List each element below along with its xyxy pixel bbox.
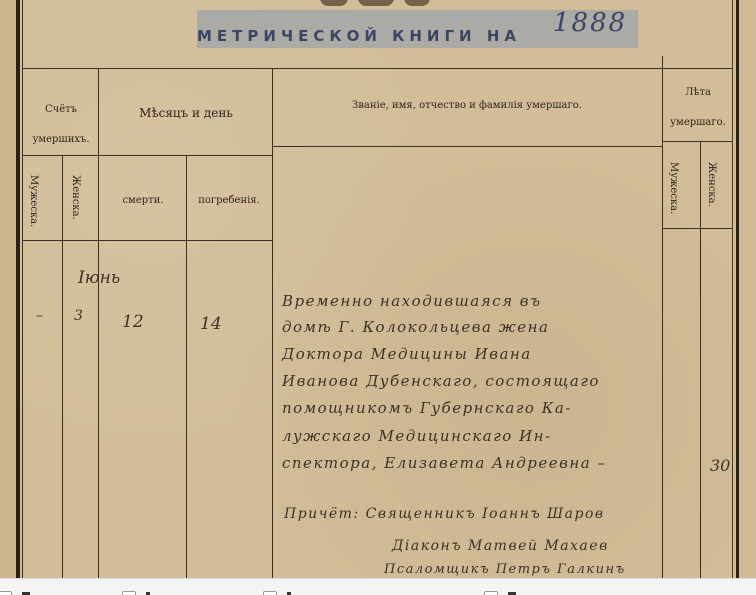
page-right-margin [739,0,756,578]
header-count-male: Мужеска. [28,175,39,227]
document-year: 1888 [553,8,627,38]
header-month-day: Мѣсяцъ и день [100,106,272,120]
emblem-center-icon [358,0,394,6]
entry-month: Іюнь [78,268,120,288]
checkbox-3[interactable] [263,591,277,595]
entry-male-count: – [36,308,43,324]
page-border-left-inner [22,0,23,578]
entry-burial-day: 14 [200,314,222,334]
header-count: Счётъ умершихъ. [26,95,96,155]
document-page [0,0,756,578]
entry-age-female: 30 [710,456,730,475]
entry-description-line-7: спектора, Елизавета Андреевна – [282,454,606,472]
header-burial: погребенія. [186,195,272,206]
col-divider-4 [272,68,273,578]
col-divider-6 [700,141,701,578]
entry-description-line-6: лужскаго Медицинскаго Ин- [282,427,552,445]
entry-female-count: 3 [74,308,83,324]
checkbox-4[interactable] [484,591,498,595]
header-death: смерти. [100,195,186,206]
bottom-toolbar [0,578,756,595]
col-divider-3 [186,155,187,578]
header-mid-line-name [272,146,662,147]
entry-description-line-4: Иванова Дубенскаго, состоящаго [282,372,600,390]
header-mid-line-age [662,141,732,142]
entry-description-line-1: Временно находившаяся въ [282,292,542,310]
page-left-margin [0,0,16,578]
clergy-line-3: Псаломщикъ Петръ Галкинъ [384,562,626,577]
header-bottom-line-age [662,228,732,229]
header-age-male: Мужеска. [668,162,679,214]
document-title: МЕТРИЧЕСКОЙ КНИГИ НА [197,27,521,45]
header-bottom-line-left [23,240,272,241]
clergy-line-2: Діаконъ Матвей Махаев [392,538,609,554]
checkbox-1[interactable] [0,591,12,595]
checkbox-2[interactable] [122,591,136,595]
entry-description-line-3: Доктора Медицины Ивана [282,345,532,363]
header-mid-line-left [23,155,272,156]
entry-description-line-2: домѣ Г. Колокольцева жена [282,318,549,336]
header-age: Лѣта умершаго. [663,78,733,138]
col-divider-1 [62,155,63,578]
table-top-line [23,68,733,69]
clergy-line-1: Причёт: Священникъ Іоаннъ Шаров [284,506,605,522]
col-divider-2 [98,68,99,578]
entry-death-day: 12 [122,312,144,332]
entry-description-line-5: помощникомъ Губернскаго Ка- [282,399,572,417]
page-border-left [16,0,20,578]
header-age-female: Женска. [706,162,717,207]
header-name: Званіе, имя, отчество и фамилія умершаго… [272,100,662,111]
header-count-female: Женска. [70,175,81,220]
